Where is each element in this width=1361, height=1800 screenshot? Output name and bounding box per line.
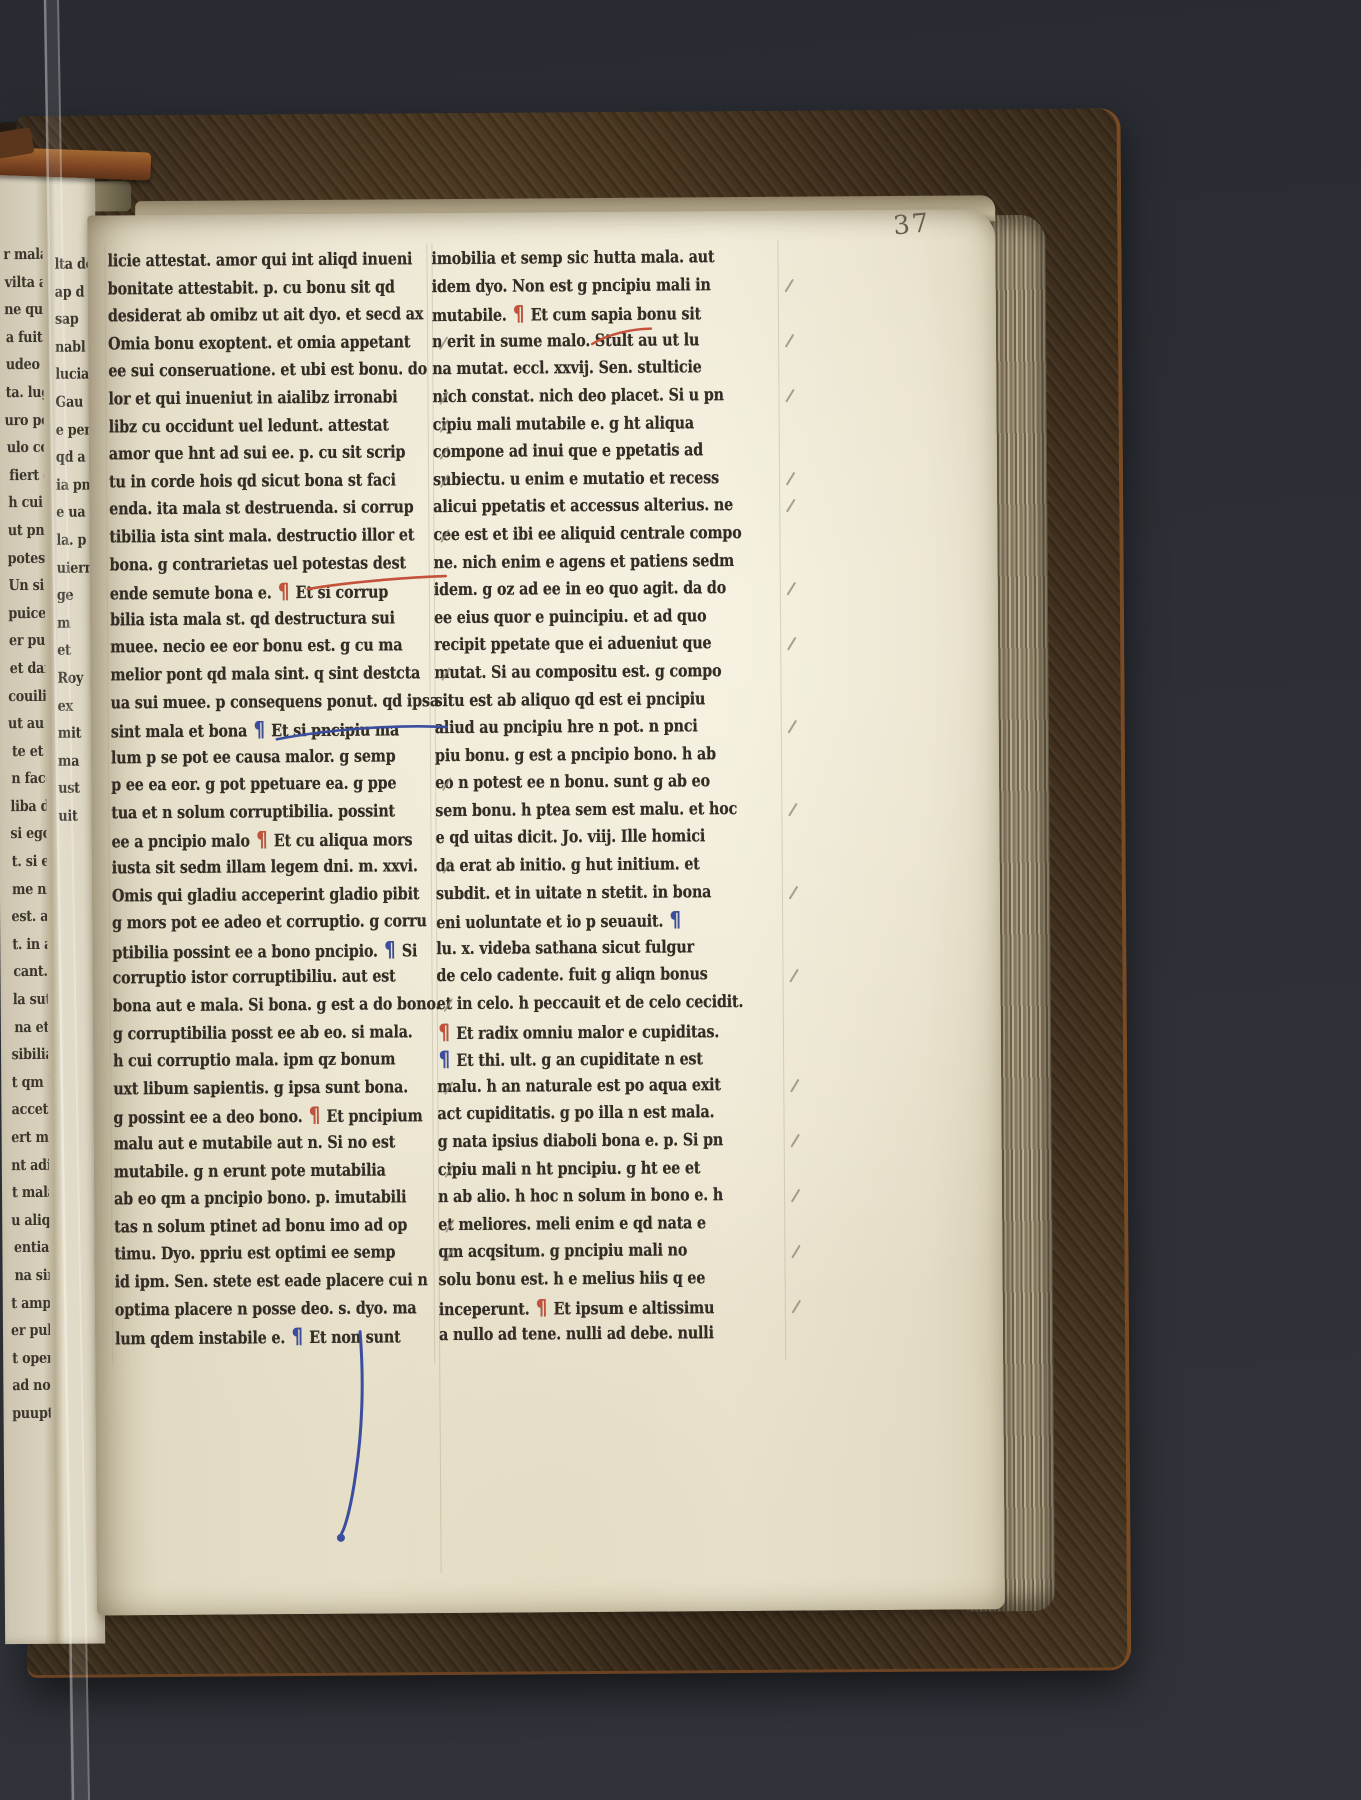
manuscript-text-line: mutat. Si au compositu est. g compo xyxy=(434,661,780,691)
edge-text-fragment: na simp u xyxy=(3,1265,50,1293)
manuscript-text-line: e qd uitas dicit. Jo. viij. Ille homici xyxy=(435,826,781,856)
blue-descender-dot xyxy=(337,1534,345,1542)
manuscript-text-line: enda. ita mala st destruenda. si corrup xyxy=(109,498,431,528)
edge-text-fragment: sibilia. h xyxy=(1,1044,48,1072)
line-end-tick xyxy=(786,472,796,486)
edge-text-fragment: t. si ego n xyxy=(0,851,47,879)
manuscript-text-line: Omia bonu exoptent. et omia appetant xyxy=(108,332,430,362)
manuscript-text-line: tas n solum ptinet ad bonu imo ad op xyxy=(114,1215,436,1245)
edge-text-fragment: Un si del xyxy=(0,575,45,603)
manuscript-text-line: solu bonu est. h e melius hiis q ee xyxy=(439,1268,785,1298)
manuscript-text-line: nich constat. nich deo placet. Si u pn xyxy=(432,385,778,415)
manuscript-text-line: n erit in sume malo. Stult au ut lu xyxy=(432,330,778,360)
manuscript-text-line: g possint ee a deo bono. ¶ Et pncipium xyxy=(113,1105,435,1135)
edge-text-fragment: cant. ur se xyxy=(0,961,47,989)
edge-text-fragment: puice bo xyxy=(0,603,45,631)
line-end-tick xyxy=(789,886,799,900)
manuscript-text-line: mutabile. g n erunt pote mutabilia xyxy=(114,1160,436,1190)
edge-text-fragment: t ampo xyxy=(3,1292,50,1320)
manuscript-text-line: ee sui conseruatione. et ubi est bonu. d… xyxy=(108,360,430,390)
text-column-right: imobilia et semp sic hutta mala. autidem… xyxy=(431,247,785,1353)
manuscript-text-line: g nata ipsius diaboli bona e. p. Si pn xyxy=(438,1130,784,1160)
manuscript-text-line: Omis qui gladiu acceperint gladio pibit xyxy=(112,884,434,914)
manuscript-text-line: a nullo ad tene. nulli ad debe. nulli xyxy=(439,1323,785,1353)
edge-text-fragment: r mala xyxy=(0,244,43,272)
edge-text-fragment: uro po xyxy=(0,409,44,437)
manuscript-text-line: ptibilia possint ee a bono pncipio. ¶ Si xyxy=(112,939,434,969)
edge-text-fragment: nt adim xyxy=(2,1154,49,1182)
manuscript-text-line: mutabile. ¶ Et cum sapia bonu sit xyxy=(432,302,778,332)
manuscript-text-line: sint mala et bona ¶ Et si pncipiu ma xyxy=(111,718,433,748)
blue-paraph-mark: ¶ xyxy=(437,1047,452,1071)
manuscript-text-line: ua sui muee. p consequens ponut. qd ipsa xyxy=(111,691,433,721)
manuscript-text-line: g corruptibilia posst ee ab eo. si mala. xyxy=(113,1022,435,1052)
folio-number: 37 xyxy=(892,208,932,241)
manuscript-text-line: qm acqsitum. g pncipiu mali no xyxy=(438,1240,784,1270)
manuscript-text-line: da erat ab initio. g hut initium. et xyxy=(436,854,782,884)
manuscript-text-line: bona aut e mala. Si bona. g est a do bon… xyxy=(113,994,435,1024)
manuscript-text-line: id ipm. Sen. stete est eade placere cui … xyxy=(115,1270,437,1300)
manuscript-text-line: muee. necio ee eor bonu est. g cu ma xyxy=(110,635,432,665)
manuscript-text-line: cee est et ibi ee aliquid centrale compo xyxy=(433,523,779,553)
edge-text-fragment: t operit xyxy=(3,1348,50,1376)
text-column-left: licie attestat. amor qui int aliqd inuen… xyxy=(107,249,437,1355)
edge-text-fragment: entia et p xyxy=(2,1237,49,1265)
edge-text-fragment: puupta xyxy=(3,1403,50,1431)
manuscript-text-line: p ee ea eor. g pot ppetuare ea. g ppe xyxy=(111,773,433,803)
edge-text-fragment: u aliqlz xyxy=(2,1210,49,1238)
edge-text-fragment: t mala q xyxy=(2,1182,49,1210)
edge-text-fragment: liba dei a xyxy=(0,796,46,824)
manuscript-text-line: situ est ab aliquo qd est ei pncipiu xyxy=(435,688,781,718)
edge-text-fragment: accetabl xyxy=(1,1099,48,1127)
blue-descender-flourish xyxy=(340,1332,363,1534)
manuscript-text-line: tua et n solum corruptibilia. possint xyxy=(111,801,433,831)
manuscript-text-line: eni uoluntate et io p seuauit. ¶ xyxy=(436,909,782,939)
manuscript-text-line: corruptio istor corruptibiliu. aut est xyxy=(112,967,434,997)
line-end-tick xyxy=(786,499,796,513)
manuscript-text-line: et meliores. meli enim e qd nata e xyxy=(438,1213,784,1243)
red-paraph-mark: ¶ xyxy=(437,1020,452,1044)
manuscript-text-line: optima placere n posse deo. s. dyo. ma xyxy=(115,1298,437,1328)
line-end-tick xyxy=(792,1300,802,1314)
edge-text-fragment: ut au le xyxy=(0,713,46,741)
edge-text-fragment: na et stelle xyxy=(1,1016,48,1044)
edge-text-fragment: udeo ad xyxy=(0,354,43,382)
manuscript-text-line: bona. g contrarietas uel potestas dest xyxy=(110,553,432,583)
edge-text-fragment: vilta au xyxy=(0,271,43,299)
edge-text-fragment: ut pnicit xyxy=(0,520,45,548)
line-end-tick xyxy=(788,720,798,734)
manuscript-text-line: lum p se pot ee causa malor. g semp xyxy=(111,746,433,776)
manuscript-text-line: de celo cadente. fuit g aliqn bonus xyxy=(436,964,782,994)
manuscript-text-line: amor que hnt ad sui ee. p. cu sit scrip xyxy=(109,442,431,472)
line-end-tick xyxy=(788,803,798,817)
edge-text-fragment: est. aut q xyxy=(0,906,47,934)
edge-text-fragment: ta. luga xyxy=(0,382,44,410)
manuscript-text-line: piu bonu. g est a pncipio bono. h ab xyxy=(435,743,781,773)
manuscript-text-line: h cui corruptio mala. ipm qz bonum xyxy=(113,1049,435,1079)
manuscript-text-line: act cupiditatis. g po illa n est mala. xyxy=(437,1102,783,1132)
manuscript-text-line: lor et qui inueniut in aialibz irronabi xyxy=(108,387,430,417)
manuscript-text-line: bilia ista mala st. qd destructura sui xyxy=(110,608,432,638)
line-end-tick xyxy=(787,582,797,596)
edge-text-fragment: a fuit ut xyxy=(0,327,43,355)
edge-text-fragment: te et posse xyxy=(0,741,46,769)
line-end-tick xyxy=(785,389,795,403)
line-end-tick xyxy=(790,1134,800,1148)
edge-text-fragment: er puli xyxy=(3,1320,50,1348)
manuscript-text-line: malu aut e mutabile aut n. Si no est xyxy=(114,1132,436,1162)
manuscript-text-line: lu. x. videba sathana sicut fulgur xyxy=(436,937,782,967)
edge-text-fragment: t. in au sa xyxy=(0,934,47,962)
manuscript-text-line: recipit ppetate que ei adueniut que xyxy=(434,633,780,663)
manuscript-text-line: subdit. et in uitate n stetit. in bona xyxy=(436,881,782,911)
manuscript-text-line: compone ad inui que e ppetatis ad xyxy=(433,440,779,470)
manuscript-text-line: lum qdem instabile e. ¶ Et non sunt xyxy=(115,1325,437,1355)
red-paraph-mark: ¶ xyxy=(534,1295,549,1319)
edge-text-fragment: ert mali xyxy=(2,1127,49,1155)
edge-text-fragment: n facere n xyxy=(0,768,46,796)
manuscript-text-line: bonitate attestabit. p. cu bonu sit qd xyxy=(108,277,430,307)
manuscript-text-line: iusta sit sedm illam legem dni. m. xxvi. xyxy=(112,856,434,886)
manuscript-text-line: tu in corde hois qd sicut bona st faci xyxy=(109,470,431,500)
edge-text-fragment: la sut q m xyxy=(1,989,48,1017)
line-end-tick xyxy=(789,968,799,982)
blue-paraph-mark: ¶ xyxy=(290,1324,305,1348)
manuscript-text-line: uxt libum sapientis. g ipsa sunt bona. xyxy=(113,1077,435,1107)
manuscript-text-line: melior pont qd mala sint. q sint destcta xyxy=(110,663,432,693)
manuscript-text-line: n ab alio. h hoc n solum in bono e. h xyxy=(438,1185,784,1215)
facing-page-text-fragments: r malavilta aune quoa fuit utudeo adta. … xyxy=(0,244,51,1454)
manuscript-text-line: idem. g oz ad ee in eo quo agit. da do xyxy=(434,578,780,608)
manuscript-text-line: cipiu mali n ht pncipiu. g ht ee et xyxy=(438,1157,784,1187)
edge-text-fragment: ne quo xyxy=(0,299,43,327)
manuscript-text-line: malu. h an naturale est po aqua exit xyxy=(437,1075,783,1105)
manuscript-text-line: subiectu. u enim e mutatio et recess xyxy=(433,467,779,497)
blue-paraph-mark: ¶ xyxy=(252,717,267,741)
blue-paraph-mark: ¶ xyxy=(383,937,398,961)
line-end-tick xyxy=(791,1189,801,1203)
manuscript-text-line: inceperunt. ¶ Et ipsum e altissimu xyxy=(439,1295,785,1325)
manuscript-text-line: tibilia ista sint mala. destructio illor… xyxy=(109,525,431,555)
edge-text-fragment: potest fi xyxy=(0,547,45,575)
edge-text-fragment: ad noie xyxy=(3,1375,50,1403)
manuscript-text-line: timu. Dyo. ppriu est optimi ee semp xyxy=(114,1243,436,1273)
manuscript-book: r malavilta aune quoa fuit utudeo adta. … xyxy=(0,0,1361,1800)
manuscript-text-line: eo n potest ee n bonu. sunt g ab eo xyxy=(435,771,781,801)
manuscript-text-line: alicui ppetatis et accessus alterius. ne xyxy=(433,495,779,525)
manuscript-text-line: na mutat. eccl. xxvij. Sen. stulticie xyxy=(432,357,778,387)
manuscript-text-line: cipiu mali mutabile e. g ht aliqua xyxy=(433,412,779,442)
manuscript-text-line: sem bonu. h ptea sem est malu. et hoc xyxy=(435,799,781,829)
edge-text-fragment: t qm hut xyxy=(1,1072,48,1100)
manuscript-text-line: ne. nich enim e agens et patiens sedm xyxy=(434,550,780,580)
manuscript-text-line: ende semute bona e. ¶ Et si corrup xyxy=(110,580,432,610)
manuscript-text-line: ¶ Et thi. ult. g an cupiditate n est xyxy=(437,1047,783,1077)
manuscript-text-line: ¶ Et radix omniu malor e cupiditas. xyxy=(437,1019,783,1049)
line-end-tick xyxy=(787,637,797,651)
manuscript-text-line: desiderat ab omibz ut ait dyo. et secd a… xyxy=(108,304,430,334)
manuscript-text-line: et in celo. h peccauit et de celo cecidi… xyxy=(437,992,783,1022)
manuscript-text-line: licie attestat. amor qui int aliqd inuen… xyxy=(107,249,429,279)
red-paraph-mark: ¶ xyxy=(511,302,526,326)
manuscript-text-line: imobilia et semp sic hutta mala. aut xyxy=(431,247,777,277)
edge-text-fragment: couilius xyxy=(0,685,46,713)
line-end-tick xyxy=(790,1079,800,1093)
line-end-tick xyxy=(784,278,794,292)
line-end-tick xyxy=(785,334,795,348)
manuscript-text-line: idem dyo. Non est g pncipiu mali in xyxy=(432,274,778,304)
manuscript-text-line: ee eius quor e puincipiu. et ad quo xyxy=(434,605,780,635)
red-paraph-mark: ¶ xyxy=(307,1103,322,1127)
edge-text-fragment: si ego po xyxy=(0,823,47,851)
edge-text-fragment: et dan ua xyxy=(0,658,45,686)
manuscript-text-line: aliud au pncipiu hre n pot. n pnci xyxy=(435,716,781,746)
manuscript-text-line: ee a pncipio malo ¶ Et cu aliqua mors xyxy=(112,829,434,859)
edge-text-fragment: h cui erit xyxy=(0,492,44,520)
blue-paraph-mark: ¶ xyxy=(668,908,683,932)
edge-text-fragment: er pud. a xyxy=(0,630,45,658)
red-paraph-mark: ¶ xyxy=(276,579,291,603)
manuscript-text-line: ab eo qm a pncipio bono. p. imutabili xyxy=(114,1187,436,1217)
manuscript-text-line: libz cu occidunt uel ledunt. attestat xyxy=(109,415,431,445)
edge-text-fragment: me nich b xyxy=(0,879,47,907)
edge-text-fragment: fiert et qu xyxy=(0,465,44,493)
recto-page: 37 licie attestat. amor qui int aliqd in… xyxy=(87,209,1005,1615)
edge-text-fragment: ulo cont xyxy=(0,437,44,465)
line-end-tick xyxy=(791,1244,801,1258)
red-paraph-mark: ¶ xyxy=(255,828,270,852)
